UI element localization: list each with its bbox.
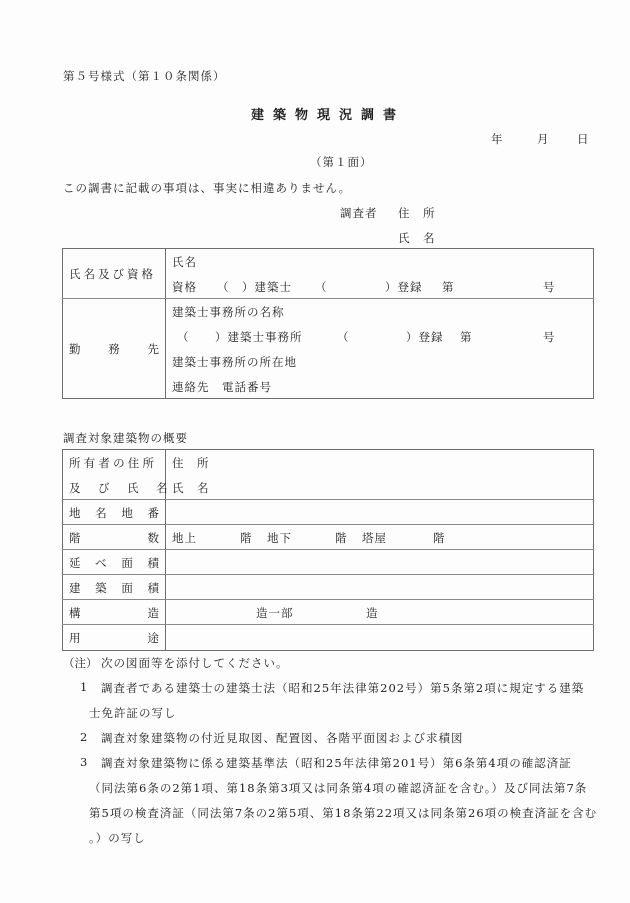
- note-intro: 次の図面等を添付してください。: [101, 655, 289, 671]
- note-label: （注）: [63, 655, 98, 671]
- investigator-address-label: 住 所: [398, 205, 436, 221]
- floors-below-unit: 階: [335, 530, 347, 546]
- label-char: 積: [147, 555, 159, 571]
- label-char: 面: [121, 580, 133, 596]
- label-char: 建: [69, 580, 81, 596]
- floors-above-unit: 階: [240, 530, 252, 546]
- office-name-label: 建築士事務所の名称: [172, 304, 285, 320]
- registration-number-prefix: 第: [442, 279, 454, 295]
- note-item-number: 2: [80, 730, 87, 744]
- architect-class-label: ）建築士: [242, 279, 292, 295]
- note-item-text: 調査対象建築物の付近見取図、配置図、各階平面図および求積図: [101, 730, 464, 746]
- qualification-paren-open: （: [217, 279, 229, 295]
- office-class-label: ）建築士事務所: [215, 329, 303, 345]
- declaration-text: この調書に記載の事項は、事実に相違ありません。: [63, 180, 351, 196]
- label-char: 階: [69, 530, 81, 546]
- workplace-label-char: 勤: [69, 341, 81, 357]
- registration-paren-open: （: [315, 279, 327, 295]
- owner-name-label: 及 び 氏 名: [69, 480, 171, 496]
- date-day-label: 日: [577, 131, 589, 147]
- label-char: 数: [148, 530, 160, 546]
- note-item-text: 調査対象建築物に係る建築基準法（昭和25年法律第201号）第6条第4項の確認済証: [101, 755, 572, 771]
- date-month-label: 月: [537, 131, 549, 147]
- label-char: 名: [95, 505, 107, 521]
- table-row-divider: [62, 599, 594, 600]
- floors-below-label: 地下: [267, 530, 292, 546]
- owner-name-field: 氏 名: [172, 480, 210, 496]
- floor-count-label: 階 数: [69, 530, 159, 546]
- office-address-label: 建築士事務所の所在地: [172, 354, 297, 370]
- note-item-text: 調査者である建築士の建築士法（昭和25年法律第202号）第5条第2項に規定する建…: [101, 680, 584, 696]
- table-divider: [165, 248, 166, 399]
- label-char: 番: [147, 505, 159, 521]
- floors-above-label: 地上: [172, 530, 197, 546]
- owner-address-label: 所有者の住所: [69, 455, 157, 471]
- table-row-divider: [62, 298, 594, 299]
- note-item-text: （同法第6条の2第1項、第18条第3項又は同条第4項の確認済証を含む。）及び同法…: [89, 780, 587, 796]
- name-field-label: 氏名: [172, 254, 197, 270]
- document-title: 建築物現況調書: [251, 104, 405, 123]
- label-char: 途: [148, 630, 160, 646]
- investigator-name-label: 氏 名: [398, 230, 436, 246]
- label-char: 地: [69, 505, 81, 521]
- note-item-number: 3: [80, 755, 87, 769]
- penthouse-label: 塔屋: [362, 530, 387, 546]
- label-char: 造: [148, 605, 160, 621]
- office-registration-paren-open: （: [337, 329, 349, 345]
- label-char: 地: [121, 505, 133, 521]
- registration-number-suffix: 号: [543, 279, 555, 295]
- table-row-divider: [62, 574, 594, 575]
- label-char: 延: [69, 555, 81, 571]
- office-registration-label: ）登録: [406, 329, 444, 345]
- qualification-label: 資格: [172, 279, 197, 295]
- note-item-text: 第5項の検査済証（同法第7条の2第5項、第18条第22項又は同条第26項の検査済…: [89, 805, 597, 821]
- structure-label: 構 造: [69, 605, 159, 621]
- workplace-label-char: 先: [148, 341, 160, 357]
- workplace-label-char: 務: [108, 341, 120, 357]
- form-number: 第５号様式（第１０条関係）: [63, 68, 226, 84]
- structure-partial-label: 造一部: [256, 605, 294, 621]
- total-floor-area-label: 延 べ 面 積: [69, 555, 159, 571]
- contact-phone-label: 連絡先 電話番号: [172, 379, 272, 395]
- building-use-label: 用 途: [69, 630, 159, 646]
- office-registration-suffix: 号: [543, 329, 555, 345]
- label-char: 面: [121, 555, 133, 571]
- name-qualification-label: 氏名及び資格: [69, 266, 156, 282]
- label-char: 構: [69, 605, 81, 621]
- building-section-heading: 調査対象建築物の概要: [63, 430, 188, 446]
- table-row-divider: [62, 624, 594, 625]
- workplace-label: 勤 務 先: [69, 341, 159, 357]
- note-item-text: 。）の写し: [89, 830, 146, 846]
- owner-address-field: 住 所: [172, 455, 210, 471]
- note-item-text: 士免許証の写し: [89, 705, 177, 721]
- note-item-number: 1: [80, 680, 87, 694]
- office-paren-open: （: [177, 329, 189, 345]
- registration-label: ）登録: [385, 279, 423, 295]
- investigator-label: 調査者: [340, 205, 378, 221]
- lot-number-label: 地 名 地 番: [69, 505, 159, 521]
- table-row-divider: [62, 499, 594, 500]
- penthouse-unit: 階: [433, 530, 445, 546]
- table-row-divider: [62, 549, 594, 550]
- date-year-label: 年: [491, 131, 503, 147]
- label-char: 積: [147, 580, 159, 596]
- label-char: べ: [95, 555, 107, 571]
- office-registration-prefix: 第: [460, 329, 472, 345]
- page-indicator: （第１面）: [310, 154, 373, 170]
- building-area-label: 建 築 面 積: [69, 580, 159, 596]
- label-char: 築: [95, 580, 107, 596]
- table-row-divider: [62, 524, 594, 525]
- structure-suffix-label: 造: [366, 605, 378, 621]
- label-char: 用: [69, 630, 81, 646]
